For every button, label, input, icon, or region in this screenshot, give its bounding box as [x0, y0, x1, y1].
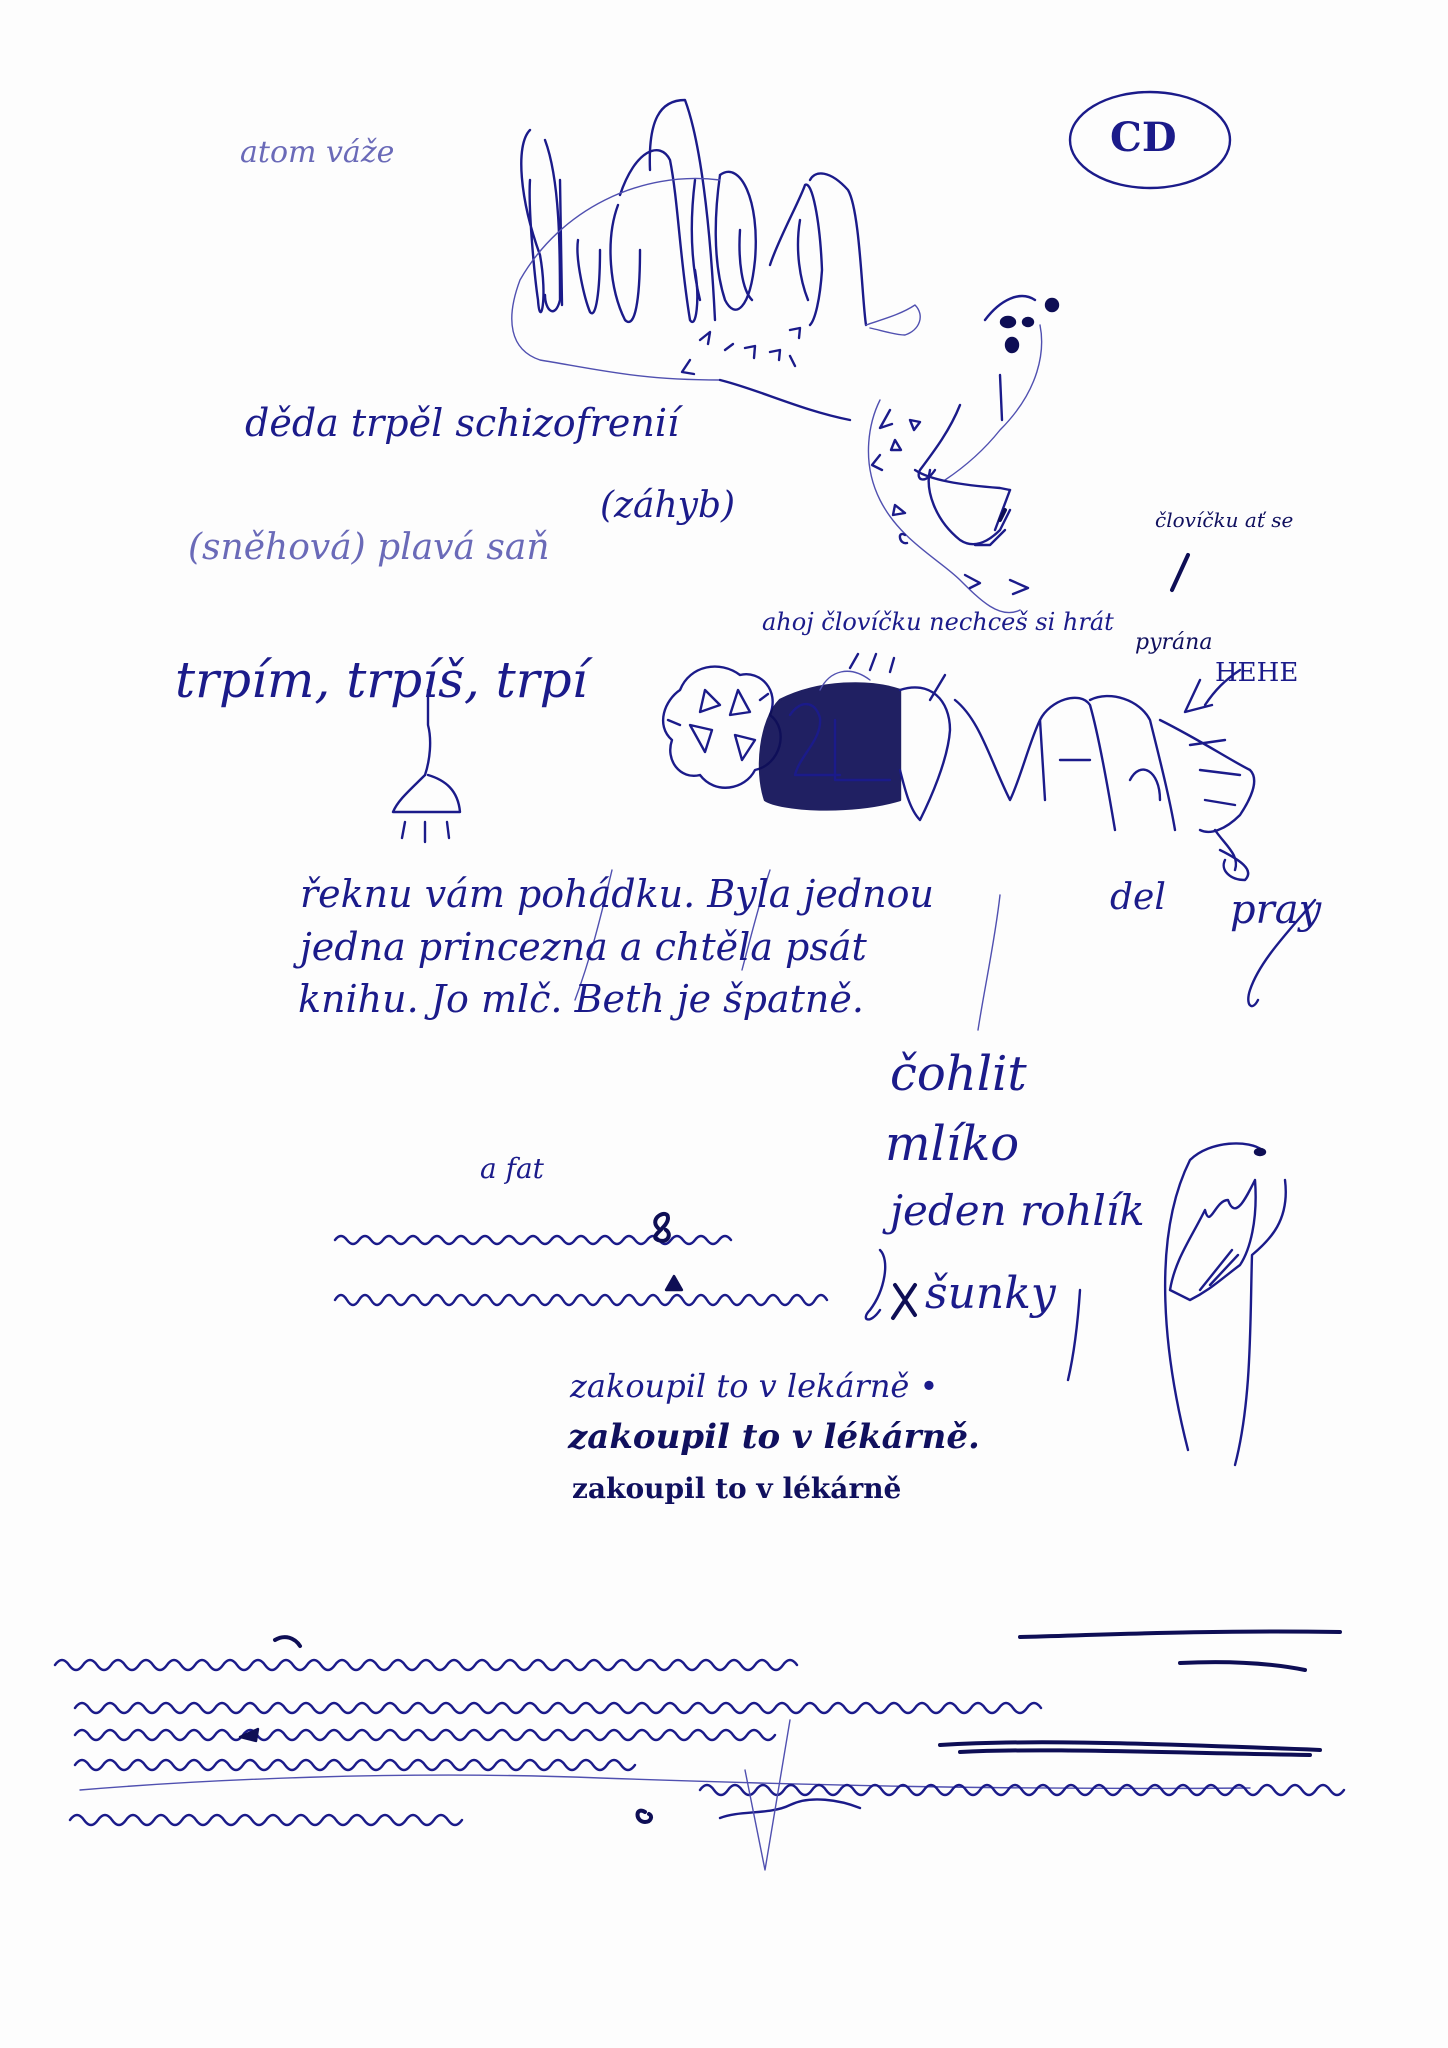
note-clovicku-small: človíčku ať se — [1155, 510, 1293, 530]
note-zakoupil-3: zakoupil to v lékárně — [572, 1475, 901, 1503]
cd-badge: CD — [1110, 118, 1177, 158]
scribble-block-bottom — [55, 1632, 1344, 1870]
note-pray: pray — [1230, 890, 1321, 930]
sketch-layer — [0, 0, 1448, 2048]
leaf-sketch — [1165, 1143, 1286, 1465]
note-pyrana: pyrána — [1135, 632, 1212, 654]
note-zahyb: (záhyb) — [600, 488, 735, 524]
note-del: del — [1110, 880, 1166, 916]
story-line-3: knihu. Jo mlč. Beth je špatně. — [298, 980, 864, 1018]
note-a-fat: a fat — [480, 1155, 544, 1183]
note-cohlit: čohlit — [890, 1050, 1027, 1098]
note-trpim-trpis-trpi: trpím, trpíš, trpí — [175, 655, 588, 705]
lamp-sketch — [393, 690, 460, 842]
note-zakoupil-2: zakoupil to v lékárně. — [568, 1420, 980, 1454]
note-zakoupil-1: zakoupil to v lekárně • — [570, 1370, 938, 1402]
note-plava-san: (sněhová) plavá saň — [188, 530, 550, 566]
note-atom-vaze: atom váže — [240, 138, 394, 168]
bird-sketch — [868, 296, 1058, 613]
scanned-notebook-page: atom váže CD děda trpěl schizofrenií (zá… — [0, 0, 1448, 2048]
note-hehe: HEHE — [1215, 660, 1298, 686]
note-deda-schizofrenie: děda trpěl schizofrenií — [245, 404, 679, 442]
note-ahoj-clovicku: ahoj človíčku nechceš si hrát — [762, 610, 1114, 634]
flower-sketch — [663, 667, 781, 788]
note-sunky: šunky — [925, 1272, 1056, 1316]
story-line-2: jedna princezna a chtěla psát — [300, 928, 867, 966]
note-jeden-rohlik: jeden rohlík — [890, 1190, 1145, 1232]
big-word-sketch — [760, 654, 1254, 870]
note-mliko: mlíko — [885, 1120, 1019, 1168]
scribble-block-middle — [335, 1214, 915, 1318]
strach-lettering-sketch — [512, 100, 920, 420]
story-line-1: řeknu vám pohádku. Byla jednou — [300, 875, 934, 913]
